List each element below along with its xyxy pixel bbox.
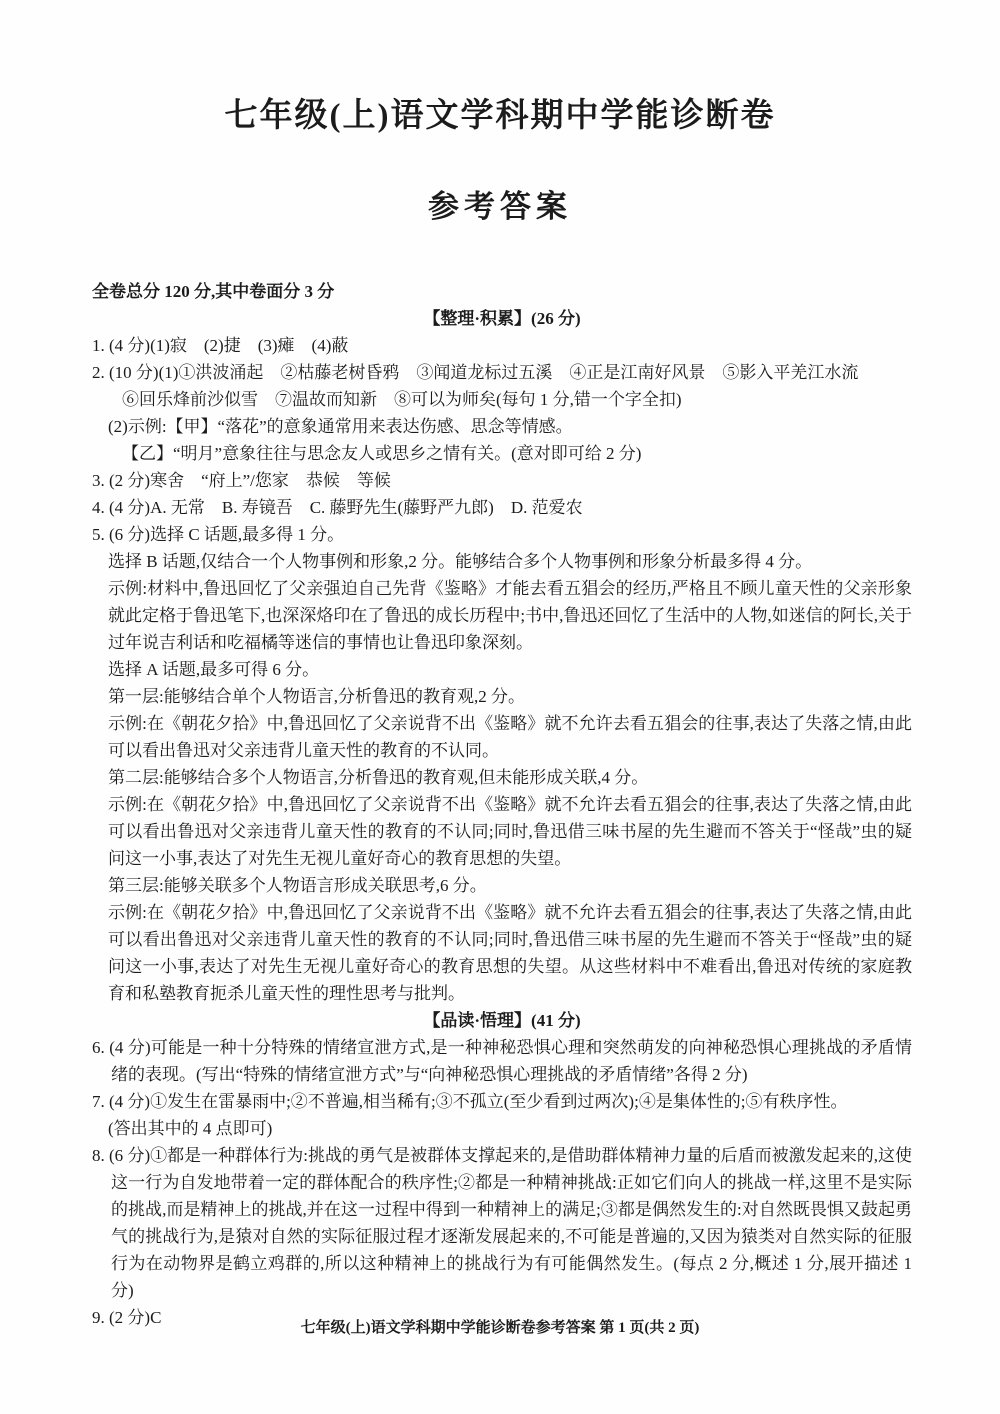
answer-item: 3. (2 分)寒舍 “府上”/您家 恭候 等候	[92, 467, 912, 494]
answer-item: 5. (6 分)选择 C 话题,最多得 1 分。	[92, 521, 912, 548]
item-number: 3.	[92, 471, 105, 490]
item-number: 2.	[92, 363, 105, 382]
total-score-note: 全卷总分 120 分,其中卷面分 3 分	[92, 278, 912, 305]
item-text: (4 分)A. 无常 B. 寿镜吾 C. 藤野先生(藤野严九郎) D. 范爱农	[109, 498, 583, 517]
item-number: 5.	[92, 525, 105, 544]
continuation-line: (答出其中的 4 点即可)	[108, 1115, 912, 1142]
item-text: (4 分)(1)寂 (2)捷 (3)瘫 (4)蔽	[109, 336, 348, 355]
item-text: (6 分)选择 C 话题,最多得 1 分。	[109, 525, 344, 544]
item-text: (10 分)(1)①洪波涌起 ②枯藤老树昏鸦 ③闻道龙标过五溪 ④正是江南好风景…	[109, 363, 858, 382]
page-footer: 七年级(上)语文学科期中学能诊断卷参考答案 第 1 页(共 2 页)	[0, 1318, 1000, 1338]
item-text: (4 分)①发生在雷暴雨中;②不普遍,相当稀有;③不孤立(至少看到过两次);④是…	[109, 1092, 848, 1111]
continuation-line: 示例:在《朝花夕拾》中,鲁迅回忆了父亲说背不出《鉴略》就不允许去看五猖会的往事,…	[108, 710, 912, 764]
answer-item: 4. (4 分)A. 无常 B. 寿镜吾 C. 藤野先生(藤野严九郎) D. 范…	[92, 494, 912, 521]
answer-item: 8. (6 分)①都是一种群体行为:挑战的勇气是被群体支撑起来的,是借助群体精神…	[92, 1142, 912, 1304]
answer-item: 6. (4 分)可能是一种十分特殊的情绪宣泄方式,是一种神秘恐惧心理和突然萌发的…	[92, 1034, 912, 1088]
continuation-line: 选择 A 话题,最多可得 6 分。	[108, 656, 912, 683]
continuation-line: (2)示例:【甲】“落花”的意象通常用来表达伤感、思念等情感。	[108, 413, 912, 440]
answer-item: 7. (4 分)①发生在雷暴雨中;②不普遍,相当稀有;③不孤立(至少看到过两次)…	[92, 1088, 912, 1115]
section-heading: 【品读·悟理】(41 分)	[92, 1007, 912, 1034]
item-text: (2 分)寒舍 “府上”/您家 恭候 等候	[109, 471, 391, 490]
item-text: (4 分)可能是一种十分特殊的情绪宣泄方式,是一种神秘恐惧心理和突然萌发的向神秘…	[109, 1038, 912, 1084]
answer-item: 1. (4 分)(1)寂 (2)捷 (3)瘫 (4)蔽	[92, 332, 912, 359]
continuation-line: 示例:在《朝花夕拾》中,鲁迅回忆了父亲说背不出《鉴略》就不允许去看五猖会的往事,…	[108, 791, 912, 872]
continuation-line: 选择 B 话题,仅结合一个人物事例和形象,2 分。能够结合多个人物事例和形象分析…	[108, 548, 912, 575]
document-page: 七年级(上)语文学科期中学能诊断卷 参考答案 全卷总分 120 分,其中卷面分 …	[0, 0, 1000, 1414]
item-number: 4.	[92, 498, 105, 517]
continuation-line: 示例:在《朝花夕拾》中,鲁迅回忆了父亲说背不出《鉴略》就不允许去看五猖会的往事,…	[108, 899, 912, 1007]
continuation-line: 【乙】“明月”意象往往与思念友人或思乡之情有关。(意对即可给 2 分)	[122, 440, 912, 467]
item-text: (6 分)①都是一种群体行为:挑战的勇气是被群体支撑起来的,是借助群体精神力量的…	[109, 1146, 912, 1300]
section-heading: 【整理·积累】(26 分)	[92, 305, 912, 332]
continuation-line: 第三层:能够关联多个人物语言形成关联思考,6 分。	[108, 872, 912, 899]
continuation-line: 示例:材料中,鲁迅回忆了父亲强迫自己先背《鉴略》才能去看五猖会的经历,严格且不顾…	[108, 575, 912, 656]
item-number: 8.	[92, 1146, 105, 1165]
answer-item: 2. (10 分)(1)①洪波涌起 ②枯藤老树昏鸦 ③闻道龙标过五溪 ④正是江南…	[92, 359, 912, 386]
item-number: 1.	[92, 336, 105, 355]
item-number: 7.	[92, 1092, 105, 1111]
answer-body: 全卷总分 120 分,其中卷面分 3 分 【整理·积累】(26 分)1. (4 …	[0, 278, 1000, 1331]
continuation-line: 第二层:能够结合多个人物语言,分析鲁迅的教育观,但未能形成关联,4 分。	[108, 764, 912, 791]
page-title: 七年级(上)语文学科期中学能诊断卷	[0, 0, 1000, 136]
continuation-line: ⑥回乐烽前沙似雪 ⑦温故而知新 ⑧可以为师矣(每句 1 分,错一个字全扣)	[122, 386, 912, 413]
page-subtitle: 参考答案	[0, 188, 1000, 226]
continuation-line: 第一层:能够结合单个人物语言,分析鲁迅的教育观,2 分。	[108, 683, 912, 710]
item-number: 6.	[92, 1038, 105, 1057]
